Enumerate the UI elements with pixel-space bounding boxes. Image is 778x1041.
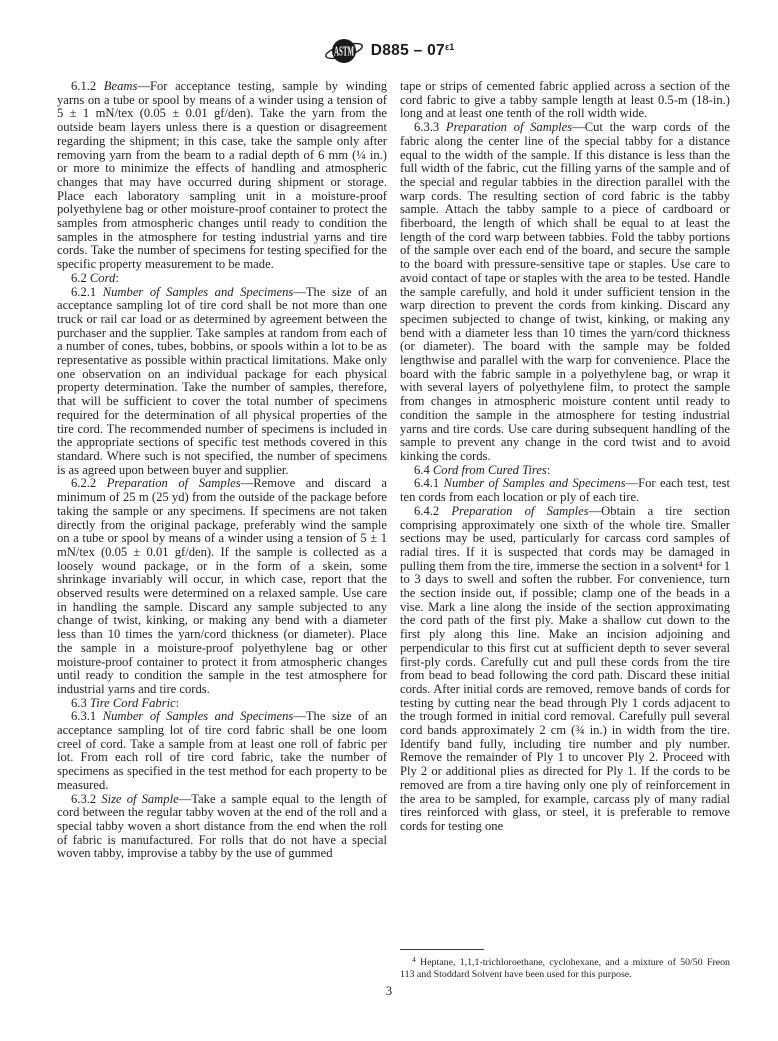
section-separator: — xyxy=(179,792,192,806)
section-title: Number of Samples and Specimens xyxy=(103,709,294,723)
paragraph-6-4-1: 6.4.1 Number of Samples and Specimens—Fo… xyxy=(400,477,730,504)
section-number: 6.3.1 xyxy=(71,709,103,723)
section-number: 6.1.2 xyxy=(71,79,104,93)
section-text: Remove and discard a minimum of 25 m (25… xyxy=(57,476,387,696)
section-separator: — xyxy=(572,120,585,134)
page-number: 3 xyxy=(0,984,778,999)
section-title: Size of Sample xyxy=(101,792,178,806)
section-title: Beams xyxy=(104,79,138,93)
section-separator: — xyxy=(626,476,639,490)
standard-designation: D885 – 07ε1 xyxy=(371,42,455,60)
section-separator: : xyxy=(115,271,119,285)
paragraph-6-2-2: 6.2.2 Preparation of Samples—Remove and … xyxy=(57,477,387,696)
footnote: 4 Heptane, 1,1,1-trichloroethane, cycloh… xyxy=(400,957,730,982)
section-number: 6.3 xyxy=(71,696,90,710)
section-title: Preparation of Samples xyxy=(446,120,572,134)
designation-number: D885 – 07 xyxy=(371,42,445,59)
section-title: Preparation of Samples xyxy=(107,476,241,490)
astm-logo-icon: ASTM xyxy=(324,36,364,66)
paragraph-6-3-3: 6.3.3 Preparation of Samples—Cut the war… xyxy=(400,121,730,464)
paragraph-continuation: tape or strips of cemented fabric applie… xyxy=(400,80,730,121)
paragraph-6-4-2: 6.4.2 Preparation of Samples—Obtain a ti… xyxy=(400,505,730,834)
paragraph-6-1-2: 6.1.2 Beams—For acceptance testing, samp… xyxy=(57,80,387,272)
section-text: The size of an acceptance sampling lot o… xyxy=(57,285,387,477)
section-separator: : xyxy=(176,696,180,710)
designation-superscript: ε1 xyxy=(445,42,454,52)
footnote-text: Heptane, 1,1,1-trichloroethane, cyclohex… xyxy=(400,957,730,981)
section-title: Cord xyxy=(90,271,115,285)
section-number: 6.2.2 xyxy=(71,476,107,490)
section-title: Tire Cord Fabric xyxy=(90,696,176,710)
section-title: Cord from Cured Tires xyxy=(433,463,547,477)
section-separator: — xyxy=(293,709,306,723)
section-text: tape or strips of cemented fabric applie… xyxy=(400,79,730,120)
section-number: 6.4.2 xyxy=(414,504,451,518)
footnote-divider xyxy=(400,949,484,950)
section-separator: — xyxy=(293,285,306,299)
section-title: Number of Samples and Specimens xyxy=(103,285,294,299)
astm-logo-text: ASTM xyxy=(334,44,354,59)
section-number: 6.2 xyxy=(71,271,90,285)
section-number: 6.4 xyxy=(414,463,433,477)
section-separator: — xyxy=(589,504,602,518)
section-number: 6.2.1 xyxy=(71,285,103,299)
footnote-marker: 4 xyxy=(412,955,416,964)
document-page: ASTM D885 – 07ε1 6.1.2 Beams—For accepta… xyxy=(0,0,778,1041)
two-column-body: 6.1.2 Beams—For acceptance testing, samp… xyxy=(57,80,730,982)
section-text: For acceptance testing, sample by windin… xyxy=(57,79,387,271)
paragraph-6-2: 6.2 Cord: xyxy=(57,272,387,286)
section-title: Number of Samples and Specimens xyxy=(444,476,626,490)
section-text: Obtain a tire section comprising approxi… xyxy=(400,504,730,833)
right-column: tape or strips of cemented fabric applie… xyxy=(400,80,730,982)
document-header: ASTM D885 – 07ε1 xyxy=(0,36,778,66)
section-text: Cut the warp cords of the fabric along t… xyxy=(400,120,730,463)
paragraph-6-2-1: 6.2.1 Number of Samples and Specimens—Th… xyxy=(57,286,387,478)
section-separator: — xyxy=(241,476,254,490)
paragraph-6-3-1: 6.3.1 Number of Samples and Specimens—Th… xyxy=(57,710,387,792)
section-number: 6.3.2 xyxy=(71,792,101,806)
section-number: 6.4.1 xyxy=(414,476,444,490)
paragraph-6-4: 6.4 Cord from Cured Tires: xyxy=(400,464,730,478)
paragraph-6-3: 6.3 Tire Cord Fabric: xyxy=(57,697,387,711)
footnote-block: 4 Heptane, 1,1,1-trichloroethane, cycloh… xyxy=(400,949,730,982)
paragraph-6-3-2: 6.3.2 Size of Sample—Take a sample equal… xyxy=(57,793,387,862)
section-separator: : xyxy=(547,463,551,477)
left-column: 6.1.2 Beams—For acceptance testing, samp… xyxy=(57,80,387,982)
section-number: 6.3.3 xyxy=(414,120,446,134)
section-separator: — xyxy=(137,79,150,93)
section-title: Preparation of Samples xyxy=(451,504,588,518)
